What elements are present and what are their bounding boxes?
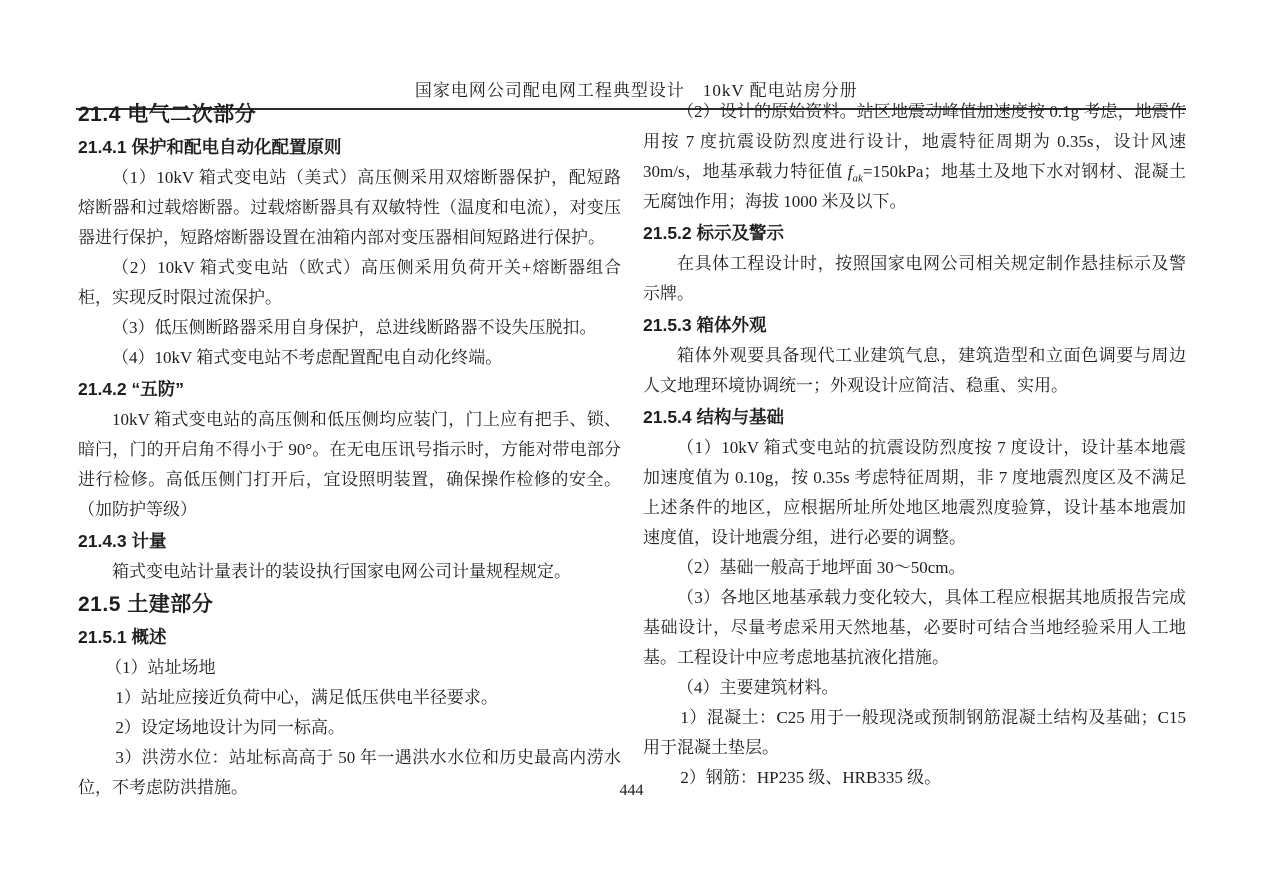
left-column: 21.4 电气二次部分 21.4.1 保护和配电自动化配置原则 （1）10kV … — [78, 97, 621, 803]
page-footer: 444 — [0, 782, 1263, 800]
paragraph: 箱体外观要具备现代工业建筑气息，建筑造型和立面色调要与周边人文地理环境协调统一；… — [643, 341, 1186, 401]
section-heading-21-5: 21.5 土建部分 — [78, 593, 621, 617]
right-column: （2）设计的原始资料。站区地震动峰值加速度按 0.1g 考虑，地震作用按 7 度… — [643, 97, 1186, 803]
paragraph: （4）10kV 箱式变电站不考虑配置配电自动化终端。 — [78, 343, 621, 373]
subsection-heading-21-4-2: 21.4.2 “五防” — [78, 377, 621, 401]
paragraph: （4）主要建筑材料。 — [643, 673, 1186, 703]
subsection-heading-21-4-1: 21.4.1 保护和配电自动化配置原则 — [78, 135, 621, 159]
document-page: { "document": { "header_title": "国家电网公司配… — [0, 0, 1263, 892]
paragraph: （1）10kV 箱式变电站（美式）高压侧采用双熔断器保护，配短路熔断器和过载熔断… — [78, 163, 621, 253]
subsection-heading-21-5-2: 21.5.2 标示及警示 — [643, 221, 1186, 245]
paragraph: （2）基础一般高于地坪面 30～50cm。 — [643, 553, 1186, 583]
list-item: 2）设定场地设计为同一标高。 — [78, 713, 621, 743]
list-item: 1）混凝土：C25 用于一般现浇或预制钢筋混凝土结构及基础；C15 用于混凝土垫… — [643, 703, 1186, 763]
paragraph: 10kV 箱式变电站的高压侧和低压侧均应装门，门上应有把手、锁、暗闩，门的开启角… — [78, 405, 621, 525]
subsection-heading-21-5-3: 21.5.3 箱体外观 — [643, 313, 1186, 337]
page-number: 444 — [620, 782, 644, 799]
page-content: 21.4 电气二次部分 21.4.1 保护和配电自动化配置原则 （1）10kV … — [78, 97, 1186, 803]
subsection-heading-21-4-3: 21.4.3 计量 — [78, 529, 621, 553]
list-item: （1）站址场地 — [78, 653, 621, 683]
list-item: 1）站址应接近负荷中心，满足低压供电半径要求。 — [78, 683, 621, 713]
paragraph: （2）10kV 箱式变电站（欧式）高压侧采用负荷开关+熔断器组合柜，实现反时限过… — [78, 253, 621, 313]
paragraph: 箱式变电站计量表计的装设执行国家电网公司计量规程规定。 — [78, 557, 621, 587]
formula-variable: fak — [848, 162, 863, 181]
variable-subscript: ak — [852, 172, 862, 184]
paragraph: （2）设计的原始资料。站区地震动峰值加速度按 0.1g 考虑，地震作用按 7 度… — [643, 97, 1186, 217]
paragraph: 在具体工程设计时，按照国家电网公司相关规定制作悬挂标示及警示牌。 — [643, 249, 1186, 309]
section-heading-21-4: 21.4 电气二次部分 — [78, 103, 621, 127]
subsection-heading-21-5-1: 21.5.1 概述 — [78, 625, 621, 649]
paragraph: （1）10kV 箱式变电站的抗震设防烈度按 7 度设计，设计基本地震加速度值为 … — [643, 433, 1186, 553]
paragraph: （3）各地区地基承载力变化较大，具体工程应根据其地质报告完成基础设计，尽量考虑采… — [643, 583, 1186, 673]
paragraph: （3）低压侧断路器采用自身保护，总进线断路器不设失压脱扣。 — [78, 313, 621, 343]
subsection-heading-21-5-4: 21.5.4 结构与基础 — [643, 405, 1186, 429]
